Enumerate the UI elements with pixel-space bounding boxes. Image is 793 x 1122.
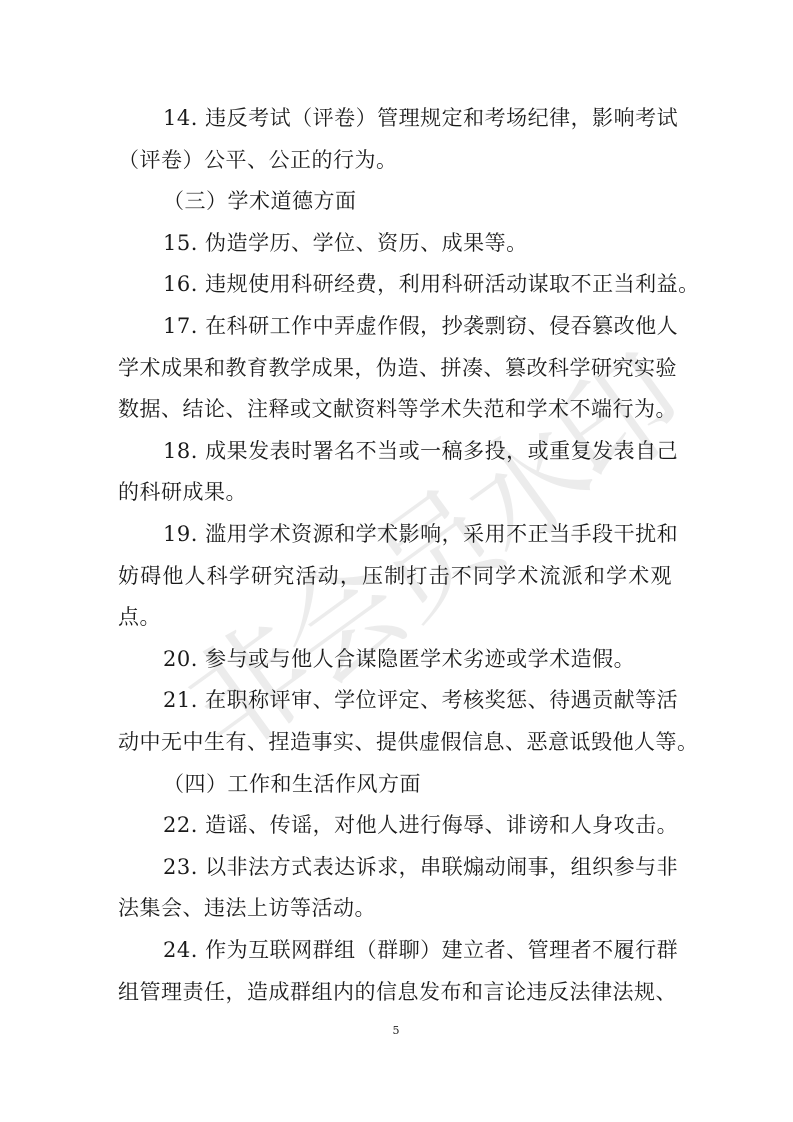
- text-line: 学术成果和教育教学成果，伪造、拼凑、篡改科学研究实验: [118, 353, 672, 383]
- text-line: 妨碍他人科学研究活动，压制打击不同学术流派和学术观: [118, 561, 672, 591]
- text-line: 16. 违规使用科研经费，利用科研活动谋取不正当利益。: [163, 269, 672, 299]
- text-line: 20. 参与或与他人合谋隐匿学术劣迹或学术造假。: [163, 644, 672, 674]
- text-line: 动中无中生有、捏造事实、提供虚假信息、恶意诋毁他人等。: [118, 727, 672, 757]
- document-page: 非会员水印 14. 违反考试（评卷）管理规定和考场纪律，影响考试 （评卷）公平、…: [0, 0, 793, 1122]
- text-line: 点。: [118, 602, 672, 632]
- text-line: 22. 造谣、传谣，对他人进行侮辱、诽谤和人身攻击。: [163, 810, 672, 840]
- text-line: 的科研成果。: [118, 477, 672, 507]
- text-line: 17. 在科研工作中弄虚作假，抄袭剽窃、侵吞篡改他人: [163, 311, 672, 341]
- text-line: 法集会、违法上访等活动。: [118, 893, 672, 923]
- section-heading: （三）学术道德方面: [163, 186, 672, 216]
- text-line: 23. 以非法方式表达诉求，串联煽动闹事，组织参与非: [163, 852, 672, 882]
- text-line: 15. 伪造学历、学位、资历、成果等。: [163, 228, 672, 258]
- text-line: 19. 滥用学术资源和学术影响，采用不正当手段干扰和: [163, 519, 672, 549]
- page-number: 5: [386, 1024, 406, 1037]
- text-line: 18. 成果发表时署名不当或一稿多投，或重复发表自己: [163, 436, 672, 466]
- text-line: 14. 违反考试（评卷）管理规定和考场纪律，影响考试: [163, 103, 672, 133]
- text-line: （评卷）公平、公正的行为。: [118, 145, 672, 175]
- text-line: 24. 作为互联网群组（群聊）建立者、管理者不履行群: [163, 935, 672, 965]
- text-line: 组管理责任，造成群组内的信息发布和言论违反法律法规、: [118, 977, 672, 1007]
- text-line: 数据、结论、注释或文献资料等学术失范和学术不端行为。: [118, 394, 672, 424]
- text-line: 21. 在职称评审、学位评定、考核奖惩、待遇贡献等活: [163, 685, 672, 715]
- section-heading: （四）工作和生活作风方面: [163, 769, 672, 799]
